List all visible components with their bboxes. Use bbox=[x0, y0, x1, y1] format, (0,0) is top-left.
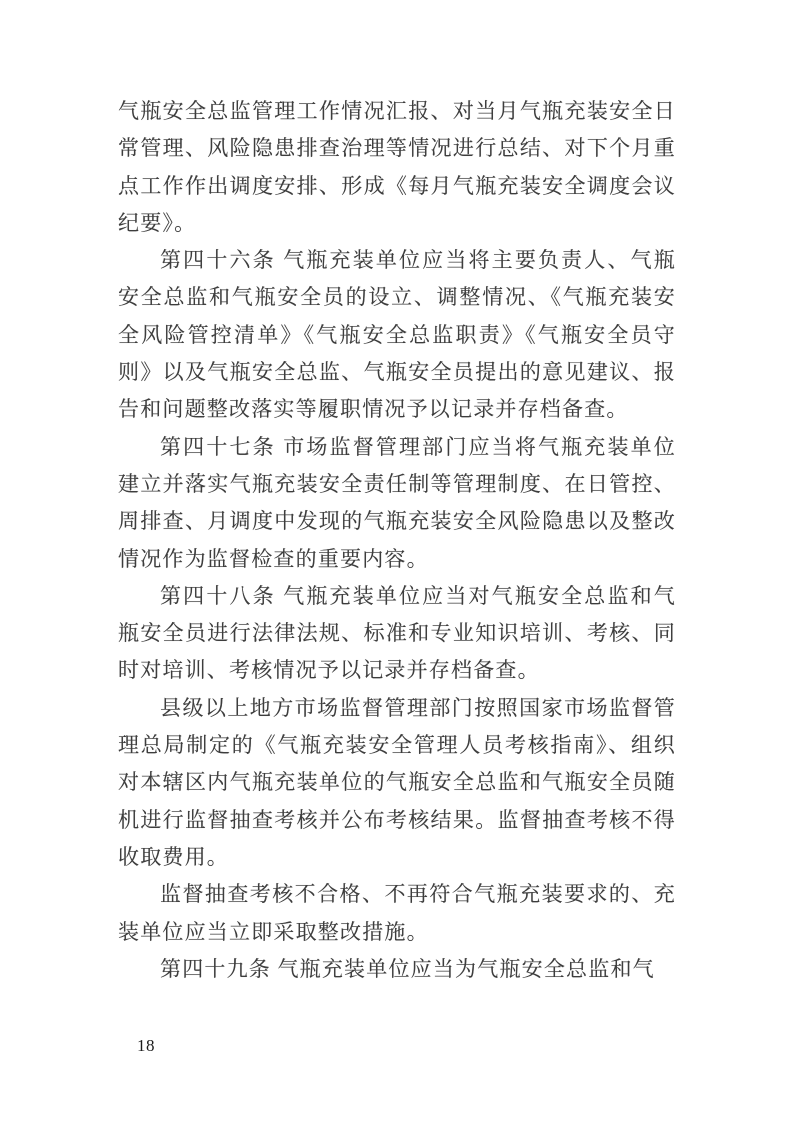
page-number: 18 bbox=[137, 1036, 155, 1056]
document-page: 气瓶安全总监管理工作情况汇报、对当月气瓶充装安全日常管理、风险隐患排查治理等情况… bbox=[0, 0, 793, 1122]
paragraph-continuation: 气瓶安全总监管理工作情况汇报、对当月气瓶充装安全日常管理、风险隐患排查治理等情况… bbox=[118, 93, 676, 242]
paragraph-article-46: 第四十六条 气瓶充装单位应当将主要负责人、气瓶安全总监和气瓶安全员的设立、调整情… bbox=[118, 242, 676, 428]
paragraph-rectification: 监督抽查考核不合格、不再符合气瓶充装要求的、充装单位应当立即采取整改措施。 bbox=[118, 876, 676, 951]
paragraph-article-48: 第四十八条 气瓶充装单位应当对气瓶安全总监和气瓶安全员进行法律法规、标准和专业知… bbox=[118, 578, 676, 690]
document-text-block: 气瓶安全总监管理工作情况汇报、对当月气瓶充装安全日常管理、风险隐患排查治理等情况… bbox=[118, 93, 676, 988]
paragraph-article-47: 第四十七条 市场监督管理部门应当将气瓶充装单位建立并落实气瓶充装安全责任制等管理… bbox=[118, 429, 676, 578]
paragraph-article-49: 第四十九条 气瓶充装单位应当为气瓶安全总监和气 bbox=[118, 951, 676, 988]
paragraph-county-supervision: 县级以上地方市场监督管理部门按照国家市场监督管理总局制定的《气瓶充装安全管理人员… bbox=[118, 690, 676, 876]
